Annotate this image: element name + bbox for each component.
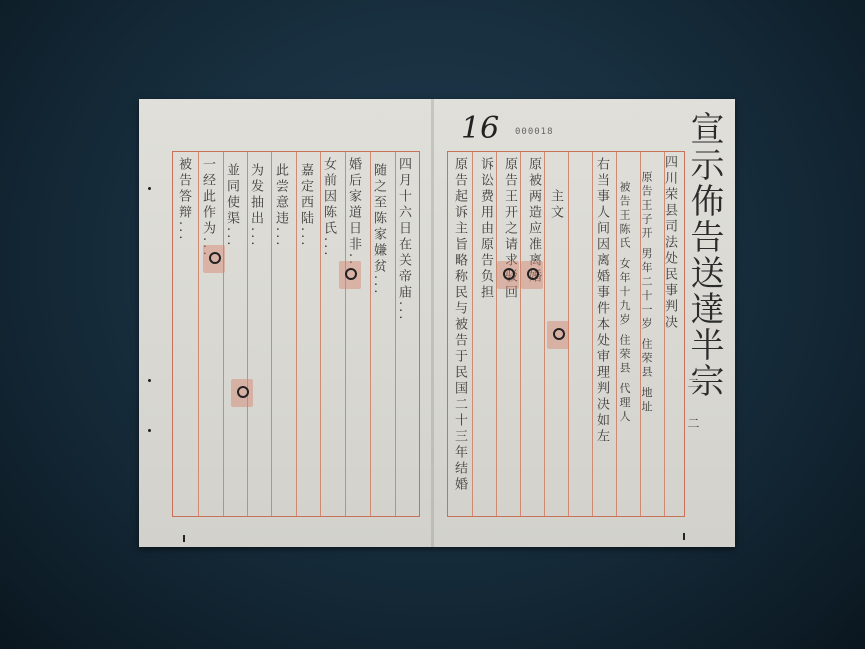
right-col-ruling-3: 诉讼费用由原告负担 (479, 157, 492, 301)
seal-stamp (203, 245, 225, 273)
seal-stamp (231, 379, 253, 407)
center-fold (431, 99, 434, 547)
side-number-2: 二 (687, 417, 699, 432)
left-col-7: 为发抽出... (249, 163, 262, 248)
seal-stamp (547, 321, 569, 349)
seal-stamp (497, 261, 519, 289)
right-col-main: 主文 (549, 189, 562, 221)
serial-number: 000018 (515, 127, 554, 137)
side-number-1: 二 (687, 377, 699, 392)
binding-hole (148, 379, 151, 382)
seal-stamp (339, 261, 361, 289)
binding-hole (148, 429, 151, 432)
document-paper: 16 000018 宣示佈告送達半宗 四月十六日在关帝庙... 随之至陈家嫌贫.… (139, 99, 735, 547)
left-col-5: 嘉定西陆... (299, 163, 312, 248)
binding-mark (683, 533, 685, 540)
left-col-3: 婚后家道日非... (347, 157, 360, 274)
right-col-defendant: 被告王陈氏 女年十九岁 住荣县 代理人 (619, 181, 630, 425)
right-col-header: 四川荣县司法处民事判决 (663, 155, 676, 331)
page-number: 16 (461, 111, 499, 146)
left-col-8: 並同使渠... (225, 163, 238, 248)
left-col-9: 一经此作为... (201, 157, 214, 258)
right-col-plaintiff: 原告王子开 男年二十一岁 住荣县 地址 (641, 171, 652, 415)
right-col-claim: 原告起诉主旨略称民与被告于民国二十三年结婚 (453, 157, 466, 493)
seal-stamp (521, 261, 543, 289)
right-col-parties: 右当事人间因离婚事件本处审理判决如左 (595, 157, 608, 445)
left-col-6: 此尝意违... (274, 163, 287, 248)
left-col-2: 随之至陈家嫌贫... (372, 163, 385, 296)
binding-hole (148, 187, 151, 190)
left-col-1: 四月十六日在关帝庙... (397, 157, 410, 322)
margin-annotation: 宣示佈告送達半宗 (687, 111, 721, 399)
left-col-10: 被告答辩... (177, 157, 190, 242)
left-col-4: 女前因陈氏... (322, 157, 335, 258)
binding-mark (183, 535, 185, 542)
